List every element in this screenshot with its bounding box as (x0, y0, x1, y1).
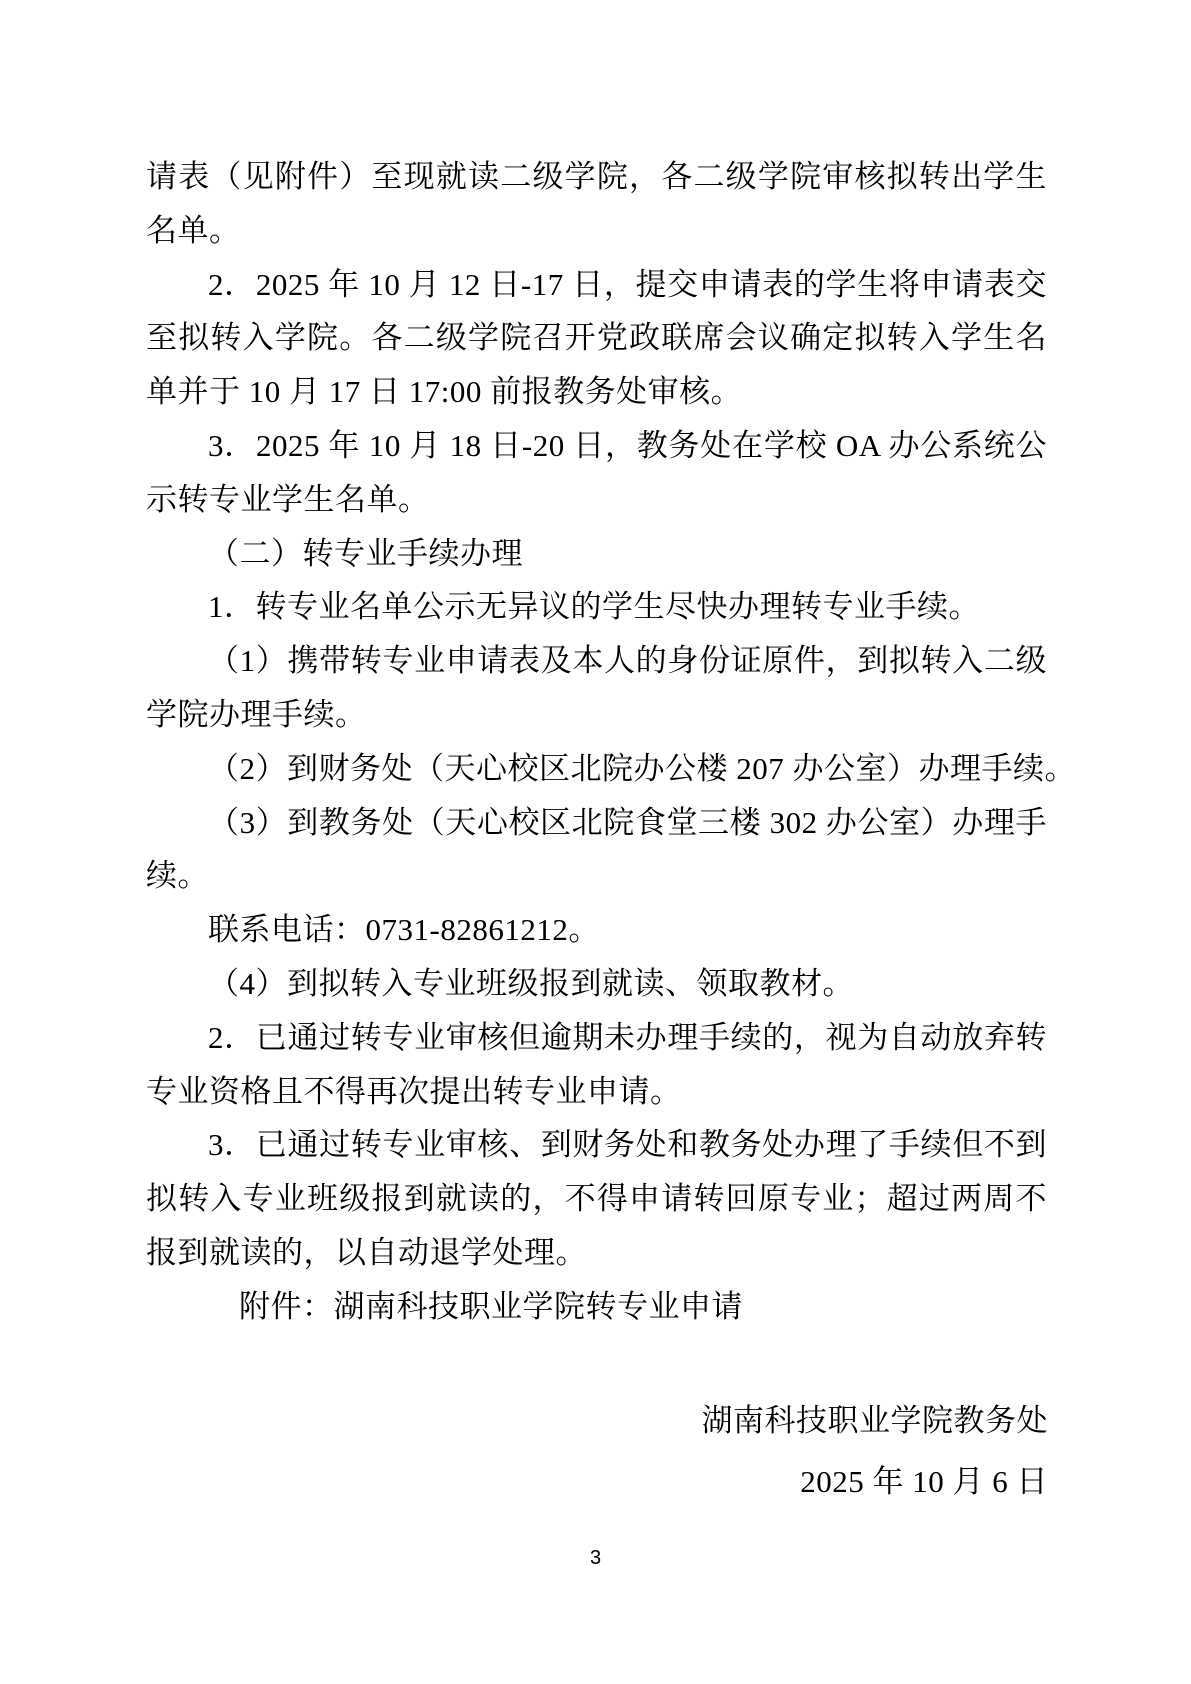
document-line: 名单。 (146, 204, 1047, 258)
document-line: 示转专业学生名单。 (146, 473, 1047, 527)
document-line: 拟转入专业班级报到就读的，不得申请转回原专业；超过两周不 (146, 1172, 1047, 1226)
signature-org: 湖南科技职业学院教务处 (702, 1401, 1049, 1441)
document-line: 至拟转入学院。各二级学院召开党政联席会议确定拟转入学生名 (146, 311, 1047, 365)
document-line: 联系电话：0731-82861212。 (146, 903, 1047, 957)
document-line: 报到就读的，以自动退学处理。 (146, 1226, 1047, 1280)
document-line: 附件：湖南科技职业学院转专业申请 (146, 1280, 1047, 1334)
document-line: 续。 (146, 849, 1047, 903)
document-line: 1．转专业名单公示无异议的学生尽快办理转专业手续。 (146, 580, 1047, 634)
document-line: （1）携带转专业申请表及本人的身份证原件，到拟转入二级 (146, 634, 1047, 688)
document-line: （3）到教务处（天心校区北院食堂三楼 302 办公室）办理手 (146, 796, 1047, 850)
signature-date: 2025 年 10 月 6 日 (800, 1462, 1048, 1502)
document-line: 2．2025 年 10 月 12 日-17 日，提交申请表的学生将申请表交 (146, 258, 1047, 312)
document-line: 3．已通过转专业审核、到财务处和教务处办理了手续但不到 (146, 1118, 1047, 1172)
document-body: 请表（见附件）至现就读二级学院，各二级学院审核拟转出学生名单。2．2025 年 … (146, 150, 1047, 1334)
document-line: （4）到拟转入专业班级报到就读、领取教材。 (146, 957, 1047, 1011)
document-line: 专业资格且不得再次提出转专业申请。 (146, 1065, 1047, 1119)
document-line: 2．已通过转专业审核但逾期未办理手续的，视为自动放弃转 (146, 1011, 1047, 1065)
document-line: 单并于 10 月 17 日 17:00 前报教务处审核。 (146, 365, 1047, 419)
document-line: 请表（见附件）至现就读二级学院，各二级学院审核拟转出学生 (146, 150, 1047, 204)
document-line: 3．2025 年 10 月 18 日-20 日，教务处在学校 OA 办公系统公 (146, 419, 1047, 473)
document-line: （2）到财务处（天心校区北院办公楼 207 办公室）办理手续。 (146, 742, 1047, 796)
document-line: （二）转专业手续办理 (146, 527, 1047, 581)
document-page: 请表（见附件）至现就读二级学院，各二级学院审核拟转出学生名单。2．2025 年 … (0, 0, 1191, 1684)
document-line: 学院办理手续。 (146, 688, 1047, 742)
page-number: 3 (0, 1545, 1191, 1571)
